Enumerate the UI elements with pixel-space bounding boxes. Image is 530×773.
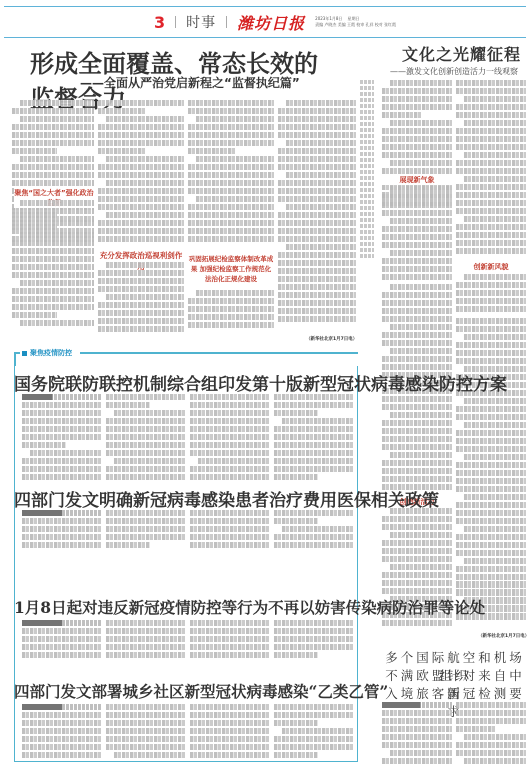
issue-date: 2023年1月8日 — [315, 16, 342, 21]
lead-article-col-3b — [188, 290, 274, 334]
focus-article-3-col-2 — [106, 620, 186, 668]
focus-article-4-title: 四部门发文部署城乡社区新型冠状病毒感染“乙类乙管” — [14, 680, 358, 702]
focus-article-1-title: 国务院联防联控机制综合组印发第十版新型冠状病毒感染防控方案 — [14, 370, 358, 395]
focus-article-3-col-3 — [190, 620, 270, 668]
focus-article-1-col-3 — [190, 394, 270, 480]
focus-article-2-title: 四部门发文明确新冠病毒感染患者治疗费用医保相关政策 — [14, 486, 358, 511]
bottom-right-col-2 — [456, 702, 526, 770]
lead-article-subtitle: ——全面从严治党启新程之“监督执纪篇” — [80, 74, 300, 91]
focus-article-4-col-2 — [106, 704, 186, 760]
lead-article-col-3 — [188, 100, 274, 248]
focus-article-2-col-2 — [106, 510, 186, 554]
lead-article-credit: （新华社北京1月7日电） — [306, 336, 357, 342]
focus-article-2-col-1 — [22, 510, 102, 554]
focus-article-4-col-1 — [22, 704, 102, 760]
lead-article-col-2 — [98, 100, 184, 245]
continuation-text-strip — [360, 80, 374, 760]
focus-section-label-text: 聚焦疫情防控 — [30, 348, 72, 358]
focus-article-3-title: 1月8日起对违反新冠疫情防控等行为不再以妨害传染病防治罪等论处 — [14, 596, 358, 618]
side-article-subtitle: ——激发文化创新创造活力一线观察 — [390, 66, 518, 77]
side-article-col-2b — [456, 274, 526, 314]
divider — [175, 16, 176, 28]
newspaper-logo: 潍坊日报 — [237, 11, 305, 34]
masthead-meta: 2023年1月8日 星期日 责编 卢晓杰 美编 王霞 校审 孔祥 校对 张红霞 — [315, 16, 396, 28]
side-subhead-1: 展现新气象 — [382, 175, 452, 185]
focus-article-2-col-3 — [190, 510, 270, 554]
side-article-col-1b — [382, 186, 452, 286]
focus-article-3-col-4 — [274, 620, 354, 668]
focus-frame-left — [14, 352, 16, 366]
focus-article-1-col-1 — [22, 394, 102, 480]
side-article-credit: （新华社北京1月7日电） — [478, 633, 529, 639]
lead-subhead-3: 巩固拓展纪检监察体制改革成果 加强纪检监察工作规范化法治化正规化建设 — [188, 254, 274, 284]
page-masthead: 3 时事 潍坊日报 2023年1月8日 星期日 责编 卢晓杰 美编 王霞 校审 … — [4, 6, 526, 38]
focus-article-3-col-1 — [22, 620, 102, 668]
focus-frame-top — [80, 352, 358, 354]
focus-article-1-col-4 — [274, 394, 354, 480]
focus-section-label: 聚焦疫情防控 — [22, 348, 72, 358]
label-square-icon — [22, 351, 27, 356]
section-name: 时事 — [186, 12, 216, 32]
side-article-col-2 — [456, 80, 526, 258]
lead-article-col-4 — [278, 100, 356, 330]
focus-article-2-col-4 — [274, 510, 354, 554]
side-article-col-4 — [456, 318, 526, 630]
bottom-right-col-1 — [382, 702, 452, 770]
focus-article-4-col-3 — [190, 704, 270, 760]
focus-article-1-col-2 — [106, 394, 186, 480]
staff-credits: 责编 卢晓杰 美编 王霞 校审 孔祥 校对 张红霞 — [315, 22, 396, 28]
page-number: 3 — [154, 13, 165, 32]
lead-article-col-1b — [12, 200, 94, 330]
divider — [226, 16, 227, 28]
focus-article-4-col-4 — [274, 704, 354, 760]
lead-article-col-2b — [98, 262, 184, 334]
side-subhead-2: 创新新风貌 — [456, 262, 526, 272]
issue-weekday: 星期日 — [348, 16, 360, 21]
side-article-title: 文化之光耀征程 — [402, 42, 521, 65]
